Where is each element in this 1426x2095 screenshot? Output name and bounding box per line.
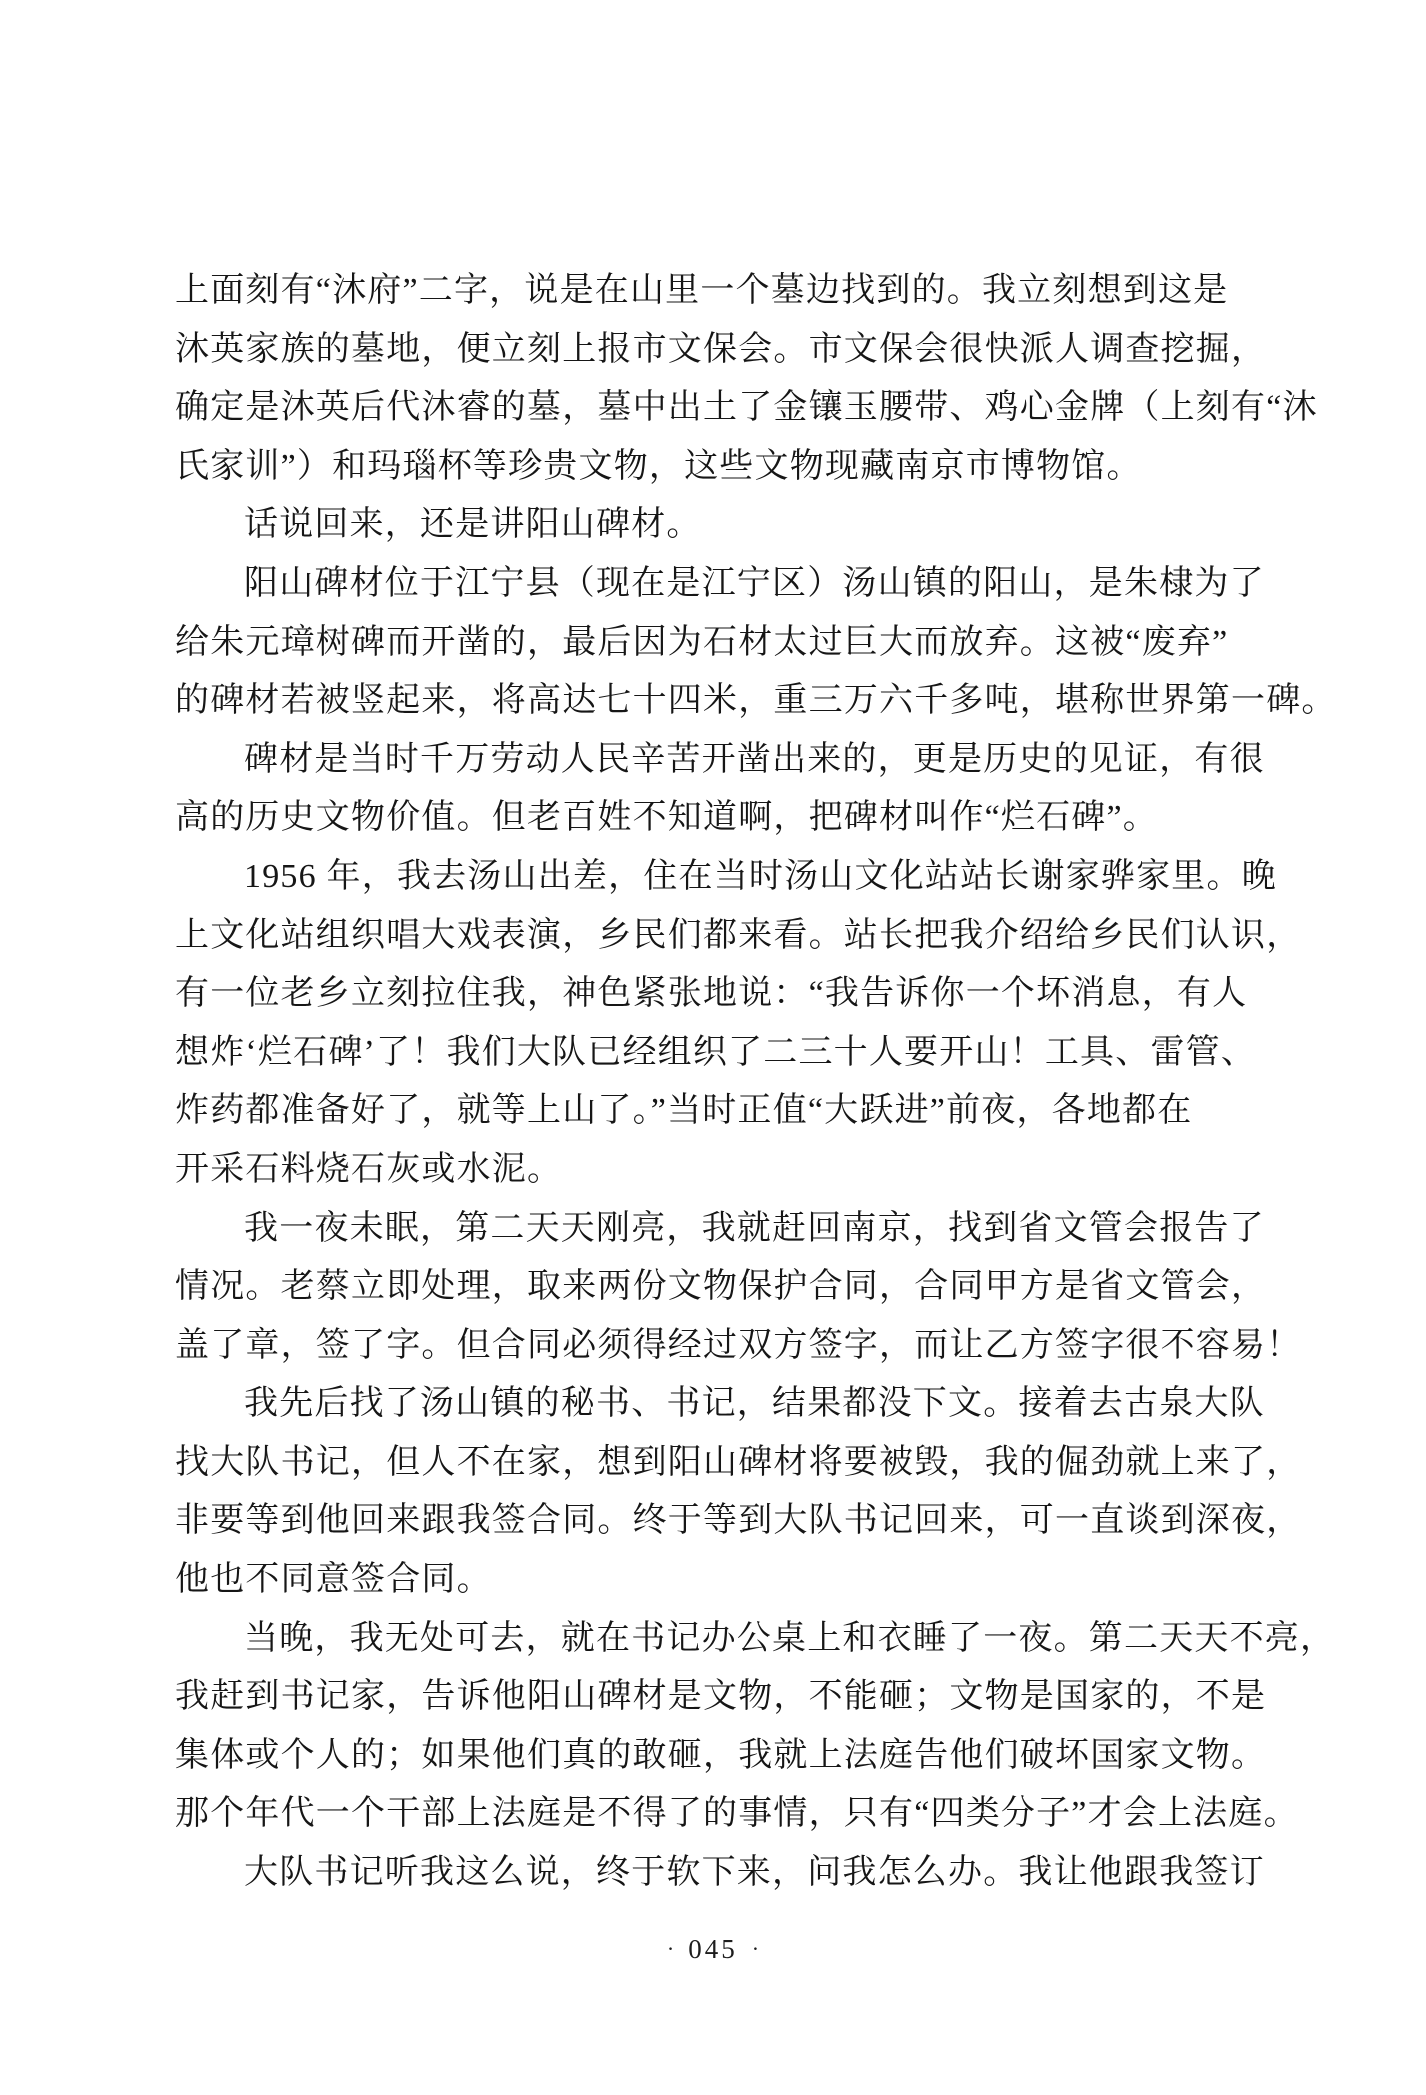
- text-line: 找大队书记，但人不在家，想到阳山碑材将要被毁，我的倔劲就上来了，: [175, 1434, 1255, 1493]
- text-line: 阳山碑材位于江宁县（现在是江宁区）汤山镇的阳山，是朱棣为了: [175, 555, 1255, 614]
- text-line: 我赶到书记家，告诉他阳山碑材是文物，不能砸；文物是国家的，不是: [175, 1668, 1255, 1727]
- text-line: 1956 年，我去汤山出差，住在当时汤山文化站站长谢家骅家里。晚: [175, 848, 1255, 907]
- text-line: 情况。老蔡立即处理，取来两份文物保护合同，合同甲方是省文管会，: [175, 1258, 1255, 1317]
- page-number: 045: [688, 1934, 738, 1964]
- text-line: 我一夜未眠，第二天天刚亮，我就赶回南京，找到省文管会报告了: [175, 1200, 1255, 1259]
- text-line: 话说回来，还是讲阳山碑材。: [175, 496, 1255, 555]
- text-line: 沐英家族的墓地，便立刻上报市文保会。市文保会很快派人调查挖掘，: [175, 321, 1255, 380]
- text-line: 集体或个人的；如果他们真的敢砸，我就上法庭告他们破坏国家文物。: [175, 1727, 1255, 1786]
- text-line: 那个年代一个干部上法庭是不得了的事情，只有“四类分子”才会上法庭。: [175, 1785, 1255, 1844]
- text-line: 想炸‘烂石碑’了！我们大队已经组织了二三十人要开山！工具、雷管、: [175, 1024, 1255, 1083]
- text-line: 确定是沐英后代沐睿的墓，墓中出土了金镶玉腰带、鸡心金牌（上刻有“沐: [175, 379, 1255, 438]
- text-line: 有一位老乡立刻拉住我，神色紧张地说：“我告诉你一个坏消息，有人: [175, 965, 1255, 1024]
- text-line: 炸药都准备好了，就等上山了。”当时正值“大跃进”前夜，各地都在: [175, 1082, 1255, 1141]
- text-line: 非要等到他回来跟我签合同。终于等到大队书记回来，可一直谈到深夜，: [175, 1492, 1255, 1551]
- text-line: 上面刻有“沐府”二字，说是在山里一个墓边找到的。我立刻想到这是: [175, 262, 1255, 321]
- text-line: 开采石料烧石灰或水泥。: [175, 1141, 1255, 1200]
- body-text: 上面刻有“沐府”二字，说是在山里一个墓边找到的。我立刻想到这是 沐英家族的墓地，…: [175, 262, 1255, 1903]
- text-line: 盖了章，签了字。但合同必须得经过双方签字，而让乙方签字很不容易！: [175, 1317, 1255, 1376]
- page-footer: ·045·: [0, 1934, 1426, 1965]
- text-line: 我先后找了汤山镇的秘书、书记，结果都没下文。接着去古泉大队: [175, 1375, 1255, 1434]
- text-line: 上文化站组织唱大戏表演，乡民们都来看。站长把我介绍给乡民们认识，: [175, 907, 1255, 966]
- text-line: 给朱元璋树碑而开凿的，最后因为石材太过巨大而放弃。这被“废弃”: [175, 614, 1255, 673]
- text-line: 大队书记听我这么说，终于软下来，问我怎么办。我让他跟我签订: [175, 1844, 1255, 1903]
- text-line: 的碑材若被竖起来，将高达七十四米，重三万六千多吨，堪称世界第一碑。: [175, 672, 1255, 731]
- text-line: 当晚，我无处可去，就在书记办公桌上和衣睡了一夜。第二天天不亮，: [175, 1610, 1255, 1669]
- text-line: 碑材是当时千万劳动人民辛苦开凿出来的，更是历史的见证，有很: [175, 731, 1255, 790]
- footer-right-dot: ·: [752, 1936, 759, 1961]
- text-line: 高的历史文物价值。但老百姓不知道啊，把碑材叫作“烂石碑”。: [175, 789, 1255, 848]
- text-line: 氏家训”）和玛瑙杯等珍贵文物，这些文物现藏南京市博物馆。: [175, 438, 1255, 497]
- text-line: 他也不同意签合同。: [175, 1551, 1255, 1610]
- footer-left-dot: ·: [667, 1936, 674, 1961]
- book-page: 上面刻有“沐府”二字，说是在山里一个墓边找到的。我立刻想到这是 沐英家族的墓地，…: [0, 0, 1426, 2095]
